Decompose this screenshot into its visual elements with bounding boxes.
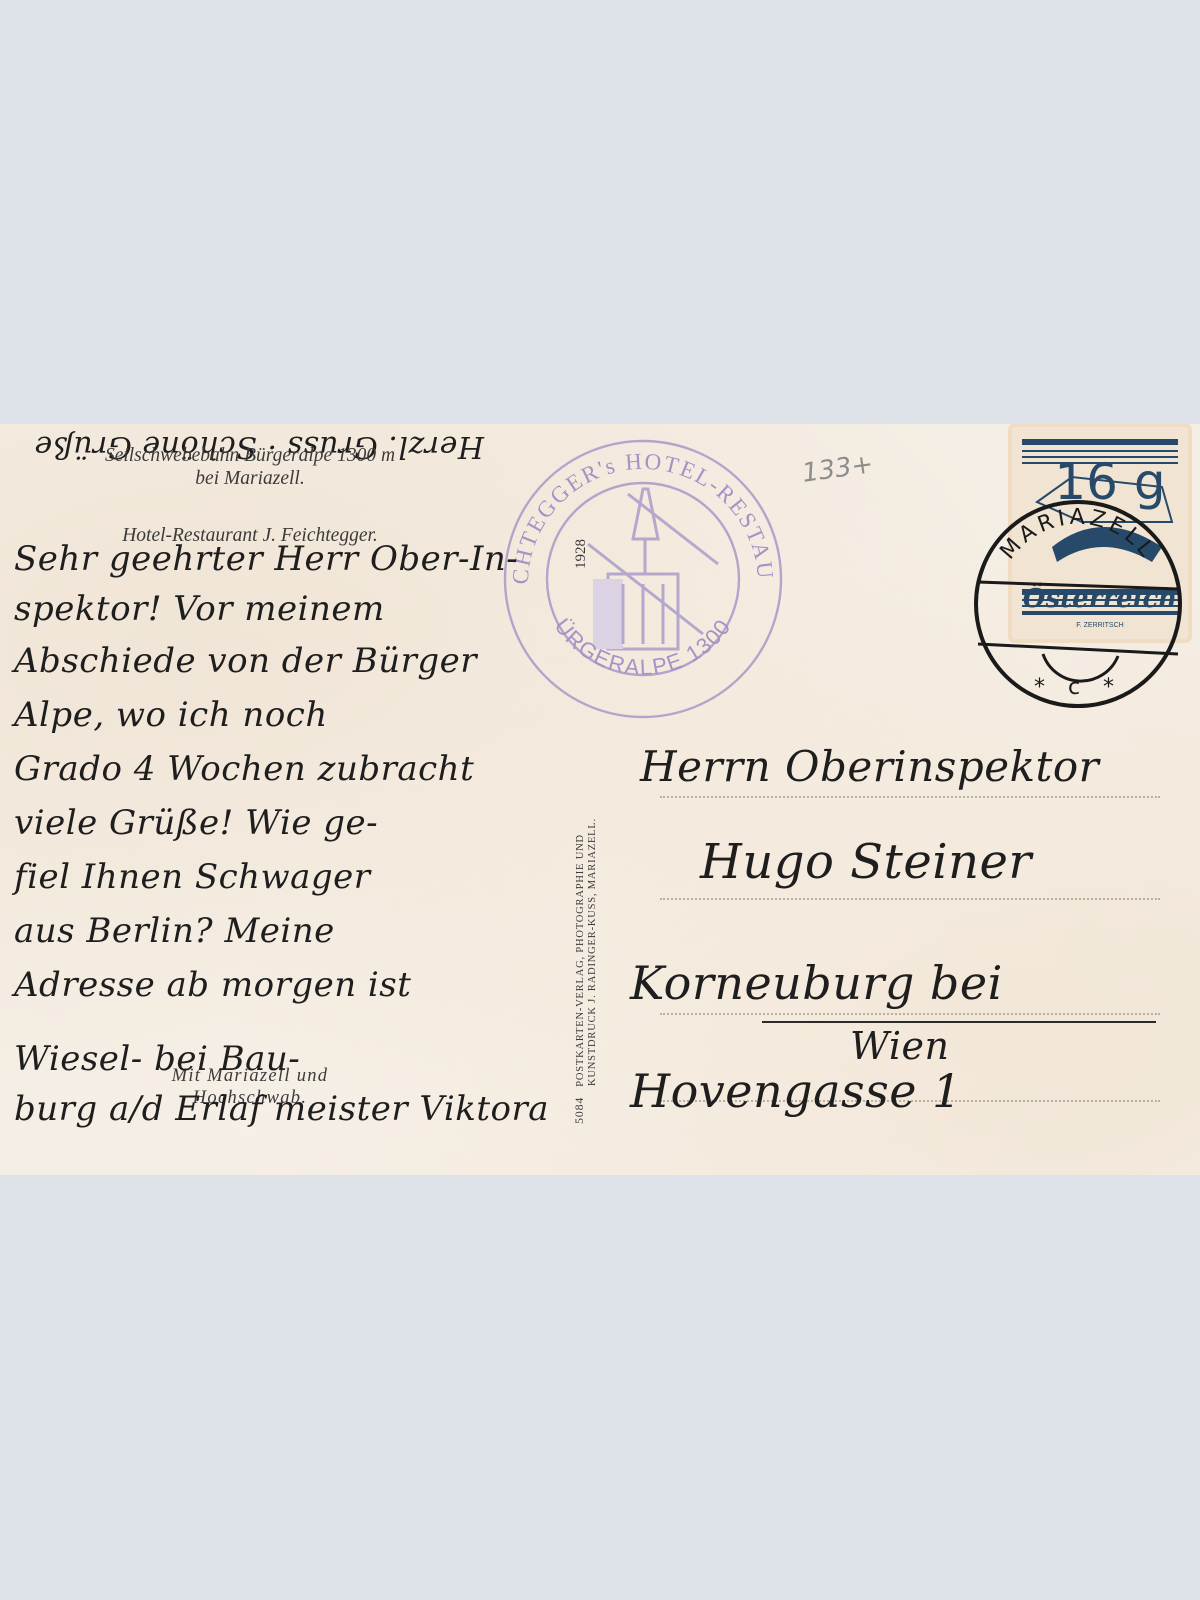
publisher-imprint: 5084POSTKARTEN-VERLAG, PHOTOGRAPHIE UND … bbox=[573, 818, 599, 1124]
address-line-guide bbox=[660, 898, 1160, 900]
hotel-seal-stamp: J. FEICHTEGGER's HOTEL-RESTAURANT BÜRGER… bbox=[498, 434, 788, 724]
postcard-back: Herzl. Gruss · Schöne Grüße Seilschwebeb… bbox=[0, 424, 1200, 1175]
message-line: viele Grüße! Wie ge- bbox=[14, 800, 378, 846]
address-line: Herrn Oberinspektor bbox=[640, 742, 1099, 791]
printed-subtitle: bei Mariazell. bbox=[40, 467, 460, 490]
message-line: Alpe, wo ich noch bbox=[14, 692, 328, 738]
cable-car-icon bbox=[588, 489, 718, 649]
message-line: Abschiede von der Bürger bbox=[14, 638, 477, 684]
seal-year: 1928 bbox=[573, 539, 590, 569]
message-line: aus Berlin? Meine bbox=[14, 908, 335, 954]
postmark: MARIAZELL * c * bbox=[968, 494, 1188, 714]
publisher-line-1: POSTKARTEN-VERLAG, PHOTOGRAPHIE UND bbox=[575, 834, 586, 1087]
address-line: Hugo Steiner bbox=[700, 834, 1032, 890]
publisher-number: 5084 bbox=[572, 1097, 586, 1124]
message-line: Grado 4 Wochen zubracht bbox=[14, 746, 474, 792]
message-line: Wiesel- bei Bau- bbox=[14, 1036, 300, 1082]
address-line: Wien bbox=[850, 1024, 950, 1068]
svg-text:MARIAZELL: MARIAZELL bbox=[995, 505, 1160, 565]
address-line-guide bbox=[660, 796, 1160, 798]
address-line-guide bbox=[660, 1013, 1160, 1015]
message-line: Sehr geehrter Herr Ober-In- bbox=[14, 536, 518, 582]
pencil-note: 133+ bbox=[800, 449, 875, 489]
publisher-line-2: KUNSTDRUCK J. RADINGER-KUSS, MARIAZELL. bbox=[587, 818, 599, 1124]
message-line: fiel Ihnen Schwager bbox=[14, 854, 371, 900]
address-line: Korneuburg bei bbox=[630, 956, 1003, 1010]
message-line: spektor! Vor meinem bbox=[14, 586, 385, 632]
message-line: Adresse ab morgen ist bbox=[14, 962, 411, 1008]
printed-title: Seilschwebebahn Bürgeralpe 1300 m bbox=[40, 444, 460, 467]
message-line: burg a/d Erlaf meister Viktora bbox=[14, 1086, 549, 1132]
postmark-town: MARIAZELL bbox=[995, 505, 1160, 565]
address-underline bbox=[762, 1021, 1156, 1023]
postmark-code: * c * bbox=[1034, 675, 1122, 700]
address-line: Hovengasse 1 bbox=[630, 1064, 962, 1118]
